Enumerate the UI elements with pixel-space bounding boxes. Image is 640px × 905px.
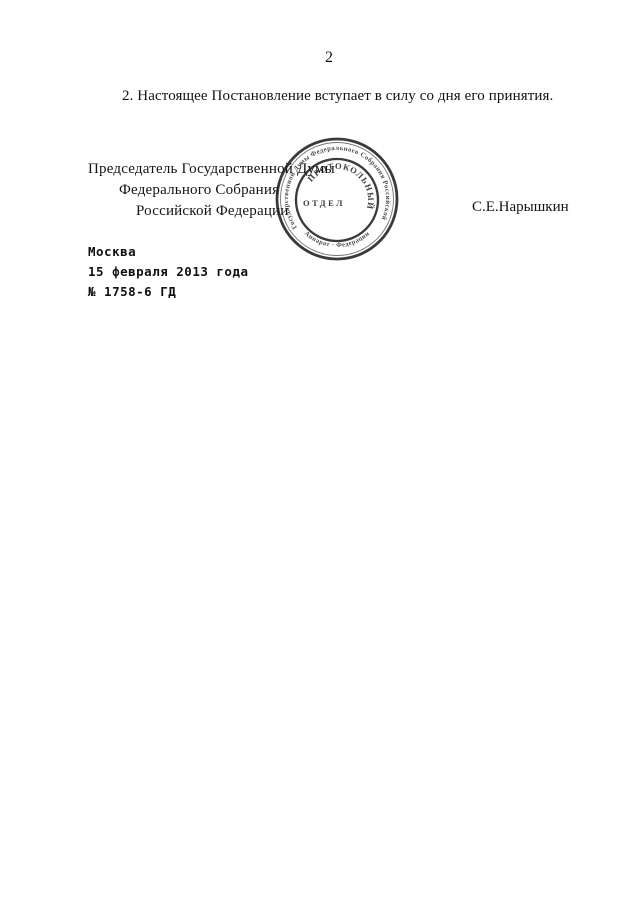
svg-text:Государственной Думы Федеральн: Государственной Думы Федерального Собран… xyxy=(283,145,391,230)
protocol-department-stamp-icon: Государственной Думы Федерального Собран… xyxy=(268,129,408,269)
document-page: 2 2. Настоящее Постановление вступает в … xyxy=(0,0,640,905)
signature-title-line-2: Федерального Собрания xyxy=(119,182,279,199)
stamp-inner-center-text: ОТДЕЛ xyxy=(303,198,345,208)
issue-number: № 1758-6 ГД xyxy=(88,282,249,302)
stamp-outer-inner-ring xyxy=(281,143,394,256)
page-number: 2 xyxy=(0,49,640,67)
stamp-outer-circle xyxy=(277,139,397,259)
svg-text:ПРОТОКОЛЬНЫЙ: ПРОТОКОЛЬНЫЙ xyxy=(304,148,389,214)
stamp-ring-text-bottom: Аппарат · Федерации xyxy=(303,230,371,249)
issue-city: Москва xyxy=(88,242,249,262)
body-paragraph: 2. Настоящее Постановление вступает в си… xyxy=(122,88,553,105)
signature-title-line-1: Председатель Государственной Думы xyxy=(88,161,335,178)
signer-name: С.Е.Нарышкин xyxy=(472,199,569,216)
signature-title-line-3: Российской Федерации xyxy=(136,203,289,220)
stamp-graphic: Государственной Думы Федерального Собран… xyxy=(277,139,397,259)
svg-text:Аппарат · Федерации: Аппарат · Федерации xyxy=(303,230,371,249)
issue-date: 15 февраля 2013 года xyxy=(88,262,249,282)
stamp-inner-arc-text: ПРОТОКОЛЬНЫЙ xyxy=(304,148,389,214)
stamp-ring-text-top: Государственной Думы Федерального Собран… xyxy=(283,145,391,230)
issue-block: Москва 15 февраля 2013 года № 1758-6 ГД xyxy=(88,242,249,302)
